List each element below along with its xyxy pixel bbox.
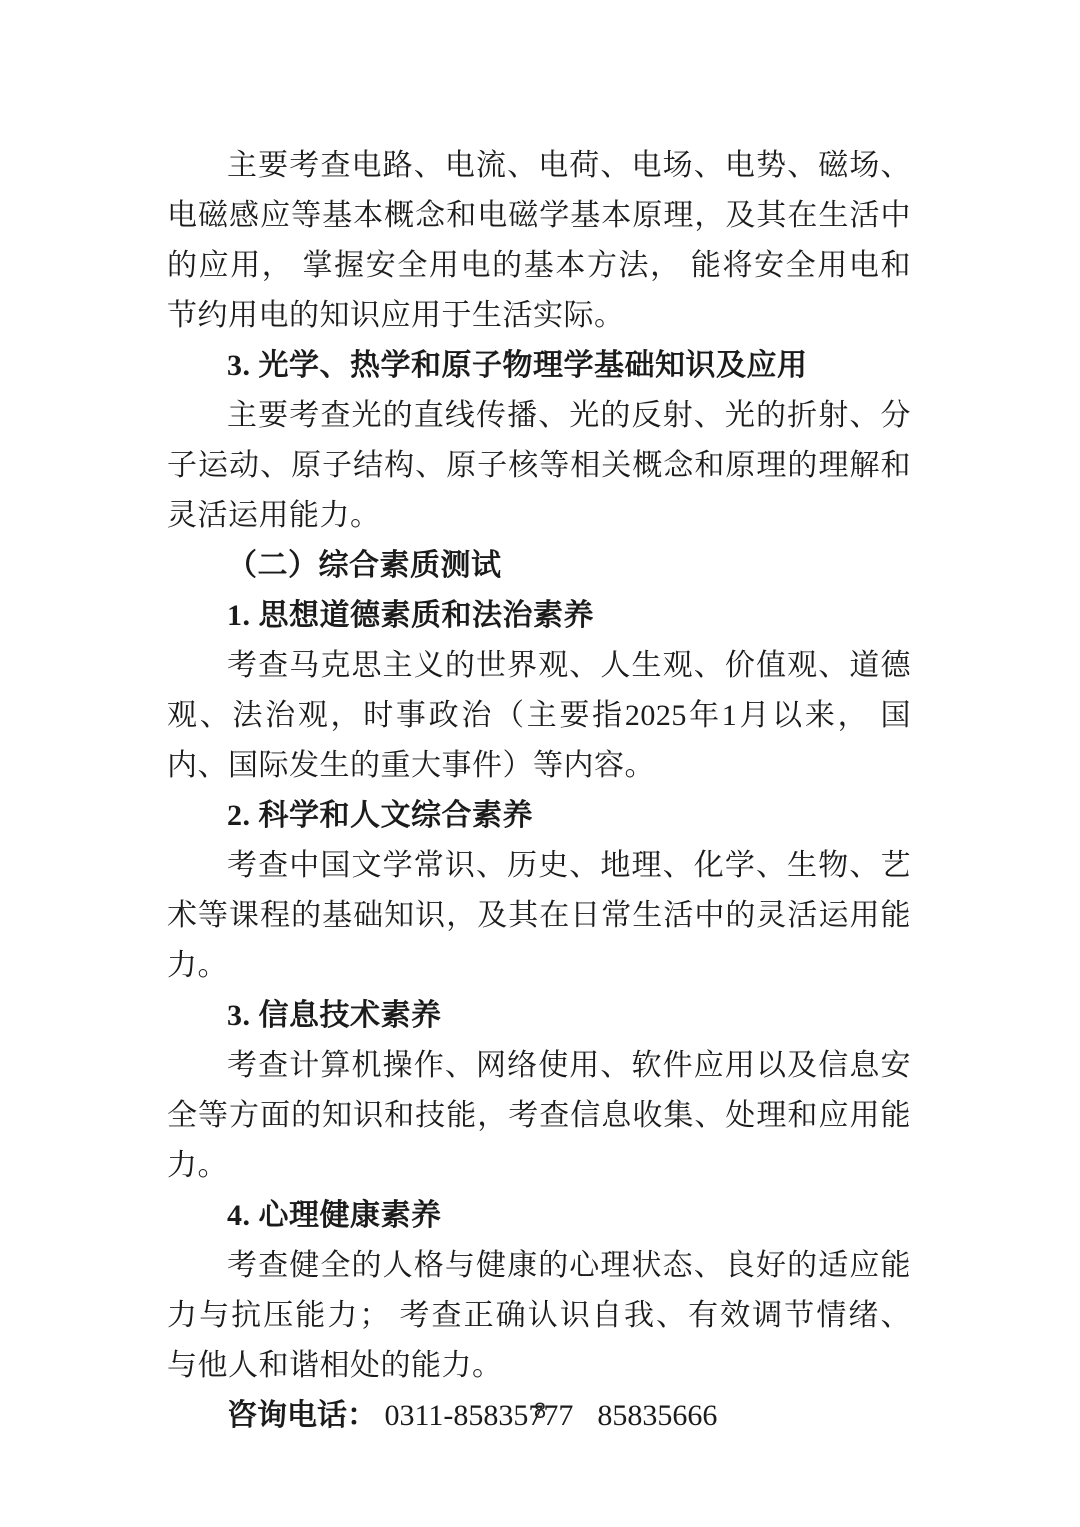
document-page: 主要考查电路、电流、电荷、电场、电势、磁场、电磁感应等基本概念和电磁学基本原理，… xyxy=(0,0,1080,1527)
document-body: 主要考查电路、电流、电荷、电场、电势、磁场、电磁感应等基本概念和电磁学基本原理，… xyxy=(167,141,911,1441)
section-heading: 3. 光学、热学和原子物理学基础知识及应用 xyxy=(167,341,911,391)
page-number: 8 xyxy=(534,1398,546,1423)
body-paragraph: 考查马克思主义的世界观、人生观、价值观、道德观、法治观，时事政治（主要指2025… xyxy=(167,641,911,791)
section-heading: 4. 心理健康素养 xyxy=(167,1191,911,1241)
section-heading: 2. 科学和人文综合素养 xyxy=(167,791,911,841)
section-heading: 3. 信息技术素养 xyxy=(167,991,911,1041)
body-paragraph: 主要考查光的直线传播、光的反射、光的折射、分子运动、原子结构、原子核等相关概念和… xyxy=(167,391,911,541)
section-heading: （二）综合素质测试 xyxy=(167,541,911,591)
body-paragraph: 考查计算机操作、网络使用、软件应用以及信息安全等方面的知识和技能，考查信息收集、… xyxy=(167,1041,911,1191)
body-paragraph: 考查健全的人格与健康的心理状态、良好的适应能力与抗压能力； 考查正确认识自我、有… xyxy=(167,1241,911,1391)
body-paragraph: 主要考查电路、电流、电荷、电场、电势、磁场、电磁感应等基本概念和电磁学基本原理，… xyxy=(167,141,911,341)
page-footer: 8 xyxy=(0,1398,1080,1424)
section-heading: 1. 思想道德素质和法治素养 xyxy=(167,591,911,641)
body-paragraph: 考查中国文学常识、历史、地理、化学、生物、艺术等课程的基础知识，及其在日常生活中… xyxy=(167,841,911,991)
